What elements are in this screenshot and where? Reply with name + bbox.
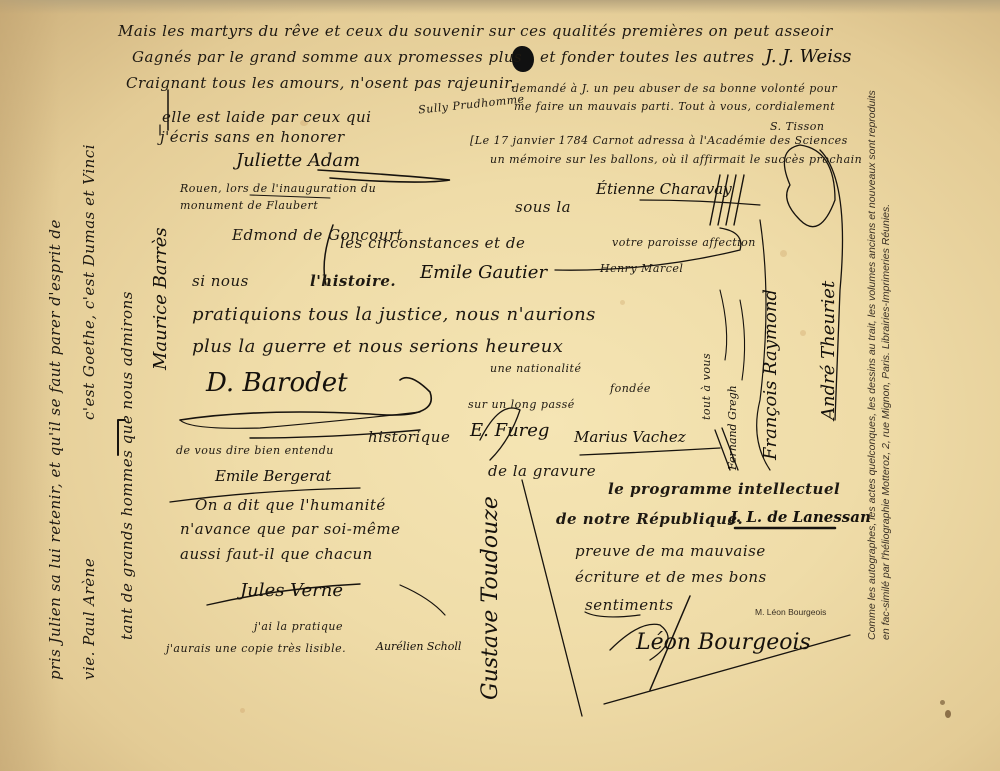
vertical-note: tout à vous [700, 353, 713, 420]
bourgeois-line-1: preuve de ma mauvaise [575, 542, 766, 560]
long-passe-text: sur un long passé [468, 398, 575, 411]
signature-barodet: D. Barodet [206, 368, 348, 398]
left-vertical-line-3: tant de grands hommes que nous admirons [118, 291, 136, 640]
printed-note-line-2: en fac-similé par l'héliographie Mottero… [880, 204, 892, 640]
signature-fureg: E. Fureg [470, 420, 549, 441]
autograph-page: Mais les martyrs du rêve et ceux du souv… [0, 0, 1000, 771]
verse-line-3: Craignant tous les amours, n'osent pas r… [126, 74, 516, 92]
de-la-gravure-text: de la gravure [488, 462, 596, 480]
left-vertical-line-1: pris Julien sa lui retenir, et qu'il se … [46, 219, 64, 680]
foxing-spot [620, 300, 625, 305]
programme-line-1: le programme intellectuel [608, 480, 840, 498]
signature-francois-raymond: François Raymond [760, 289, 781, 460]
bourgeois-line-3: sentiments [585, 596, 674, 614]
historique-text: historique [368, 428, 450, 446]
signature-gustave-toudouze: Gustave Toudouze [478, 496, 503, 700]
scholl-line-2: j'aurais une copie très lisible. [166, 642, 346, 655]
left-vertical-line-2b: c'est Goethe, c'est Dumas et Vinci [80, 144, 98, 420]
justice-line-1: pratiquions tous la justice, nous n'auri… [192, 304, 596, 325]
verne-line-1: On a dit que l'humanité [195, 496, 386, 514]
histoire-text: l'histoire. [310, 272, 396, 290]
nationalite-text: une nationalité [490, 362, 582, 375]
tisson-line-1: demandé à J. un peu abuser de sa bonne v… [512, 82, 837, 95]
affection-text: votre paroisse affection [612, 236, 756, 249]
signature-jules-verne: Jules Verne [240, 580, 343, 601]
rouen-line-1: Rouen, lors de l'inauguration du [180, 182, 376, 195]
verse-line-2: Gagnés par le grand somme aux promesses … [132, 48, 522, 66]
page-top-shadow [0, 0, 1000, 14]
goncourt-line-2: les circonstances et de [340, 234, 525, 252]
signature-juliette-adam: Juliette Adam [236, 150, 360, 171]
left-vertical-line-2: vie. Paul Arène [80, 558, 98, 680]
academy-line-1: [Le 17 janvier 1784 Carnot adressa à l'A… [470, 134, 848, 147]
foxing-spot [240, 708, 245, 713]
signature-sully-prudhomme: Sully Prudhomme [418, 92, 526, 116]
foxing-spot [945, 710, 951, 718]
programme-line-2: de notre République. [556, 510, 743, 528]
deux-mots-text: de vous dire bien entendu [176, 444, 334, 457]
signature-aurelien-scholl: Aurélien Scholl [376, 640, 461, 653]
printed-note-line-1: Comme les autographes, les actes quelcon… [866, 90, 878, 640]
verne-line-3: aussi faut-il que chacun [180, 545, 373, 563]
foxing-spot [780, 250, 787, 257]
signature-emile-gautier: Emile Gautier [420, 262, 547, 283]
verse-line-1: Mais les martyrs du rêve et ceux du souv… [118, 22, 833, 40]
signature-lanessan: J. L. de Lanessan [730, 508, 871, 526]
rouen-line-2: monument de Flaubert [180, 199, 318, 212]
justice-line-2: plus la guerre et nous serions heureux [192, 336, 563, 357]
tisson-line-2: me faire un mauvais parti. Tout à vous, … [514, 100, 835, 113]
signature-etienne-charavay: Étienne Charavay [596, 180, 732, 198]
fondee-text: fondée [610, 382, 651, 395]
foxing-spot [940, 700, 945, 705]
verse-line-2b: et fonder toutes les autres [540, 48, 754, 66]
signature-fernand-gregh: Fernand Gregh [726, 385, 739, 470]
bourgeois-line-2: écriture et de mes bons [575, 568, 767, 586]
signature-leon-bourgeois: Léon Bourgeois [636, 630, 811, 655]
verne-line-2: n'avance que par soi-même [180, 520, 401, 538]
scholl-line-1: j'ai la pratique [254, 620, 343, 633]
signature-henry-marcel: Henry Marcel [600, 262, 683, 275]
academy-line-2: un mémoire sur les ballons, où il affirm… [490, 153, 862, 166]
foxing-spot [800, 330, 806, 336]
signature-andre-theuriet: André Theuriet [818, 281, 839, 420]
signature-weiss: J. J. Weiss [765, 46, 851, 67]
adam-line-1: elle est laide par ceux qui [162, 108, 371, 126]
sous-la-text: sous la [515, 198, 571, 216]
signature-maurice-barres: Maurice Barrès [150, 227, 171, 370]
signature-emile-bergerat: Emile Bergerat [215, 467, 331, 485]
signature-tisson: S. Tisson [770, 120, 825, 133]
adam-line-2: j'écris sans en honorer [160, 128, 345, 146]
caption-leon-bourgeois: M. Léon Bourgeois [755, 607, 826, 617]
si-nous-text: si nous [192, 272, 249, 290]
signature-marius-vachez: Marius Vachez [574, 428, 686, 446]
